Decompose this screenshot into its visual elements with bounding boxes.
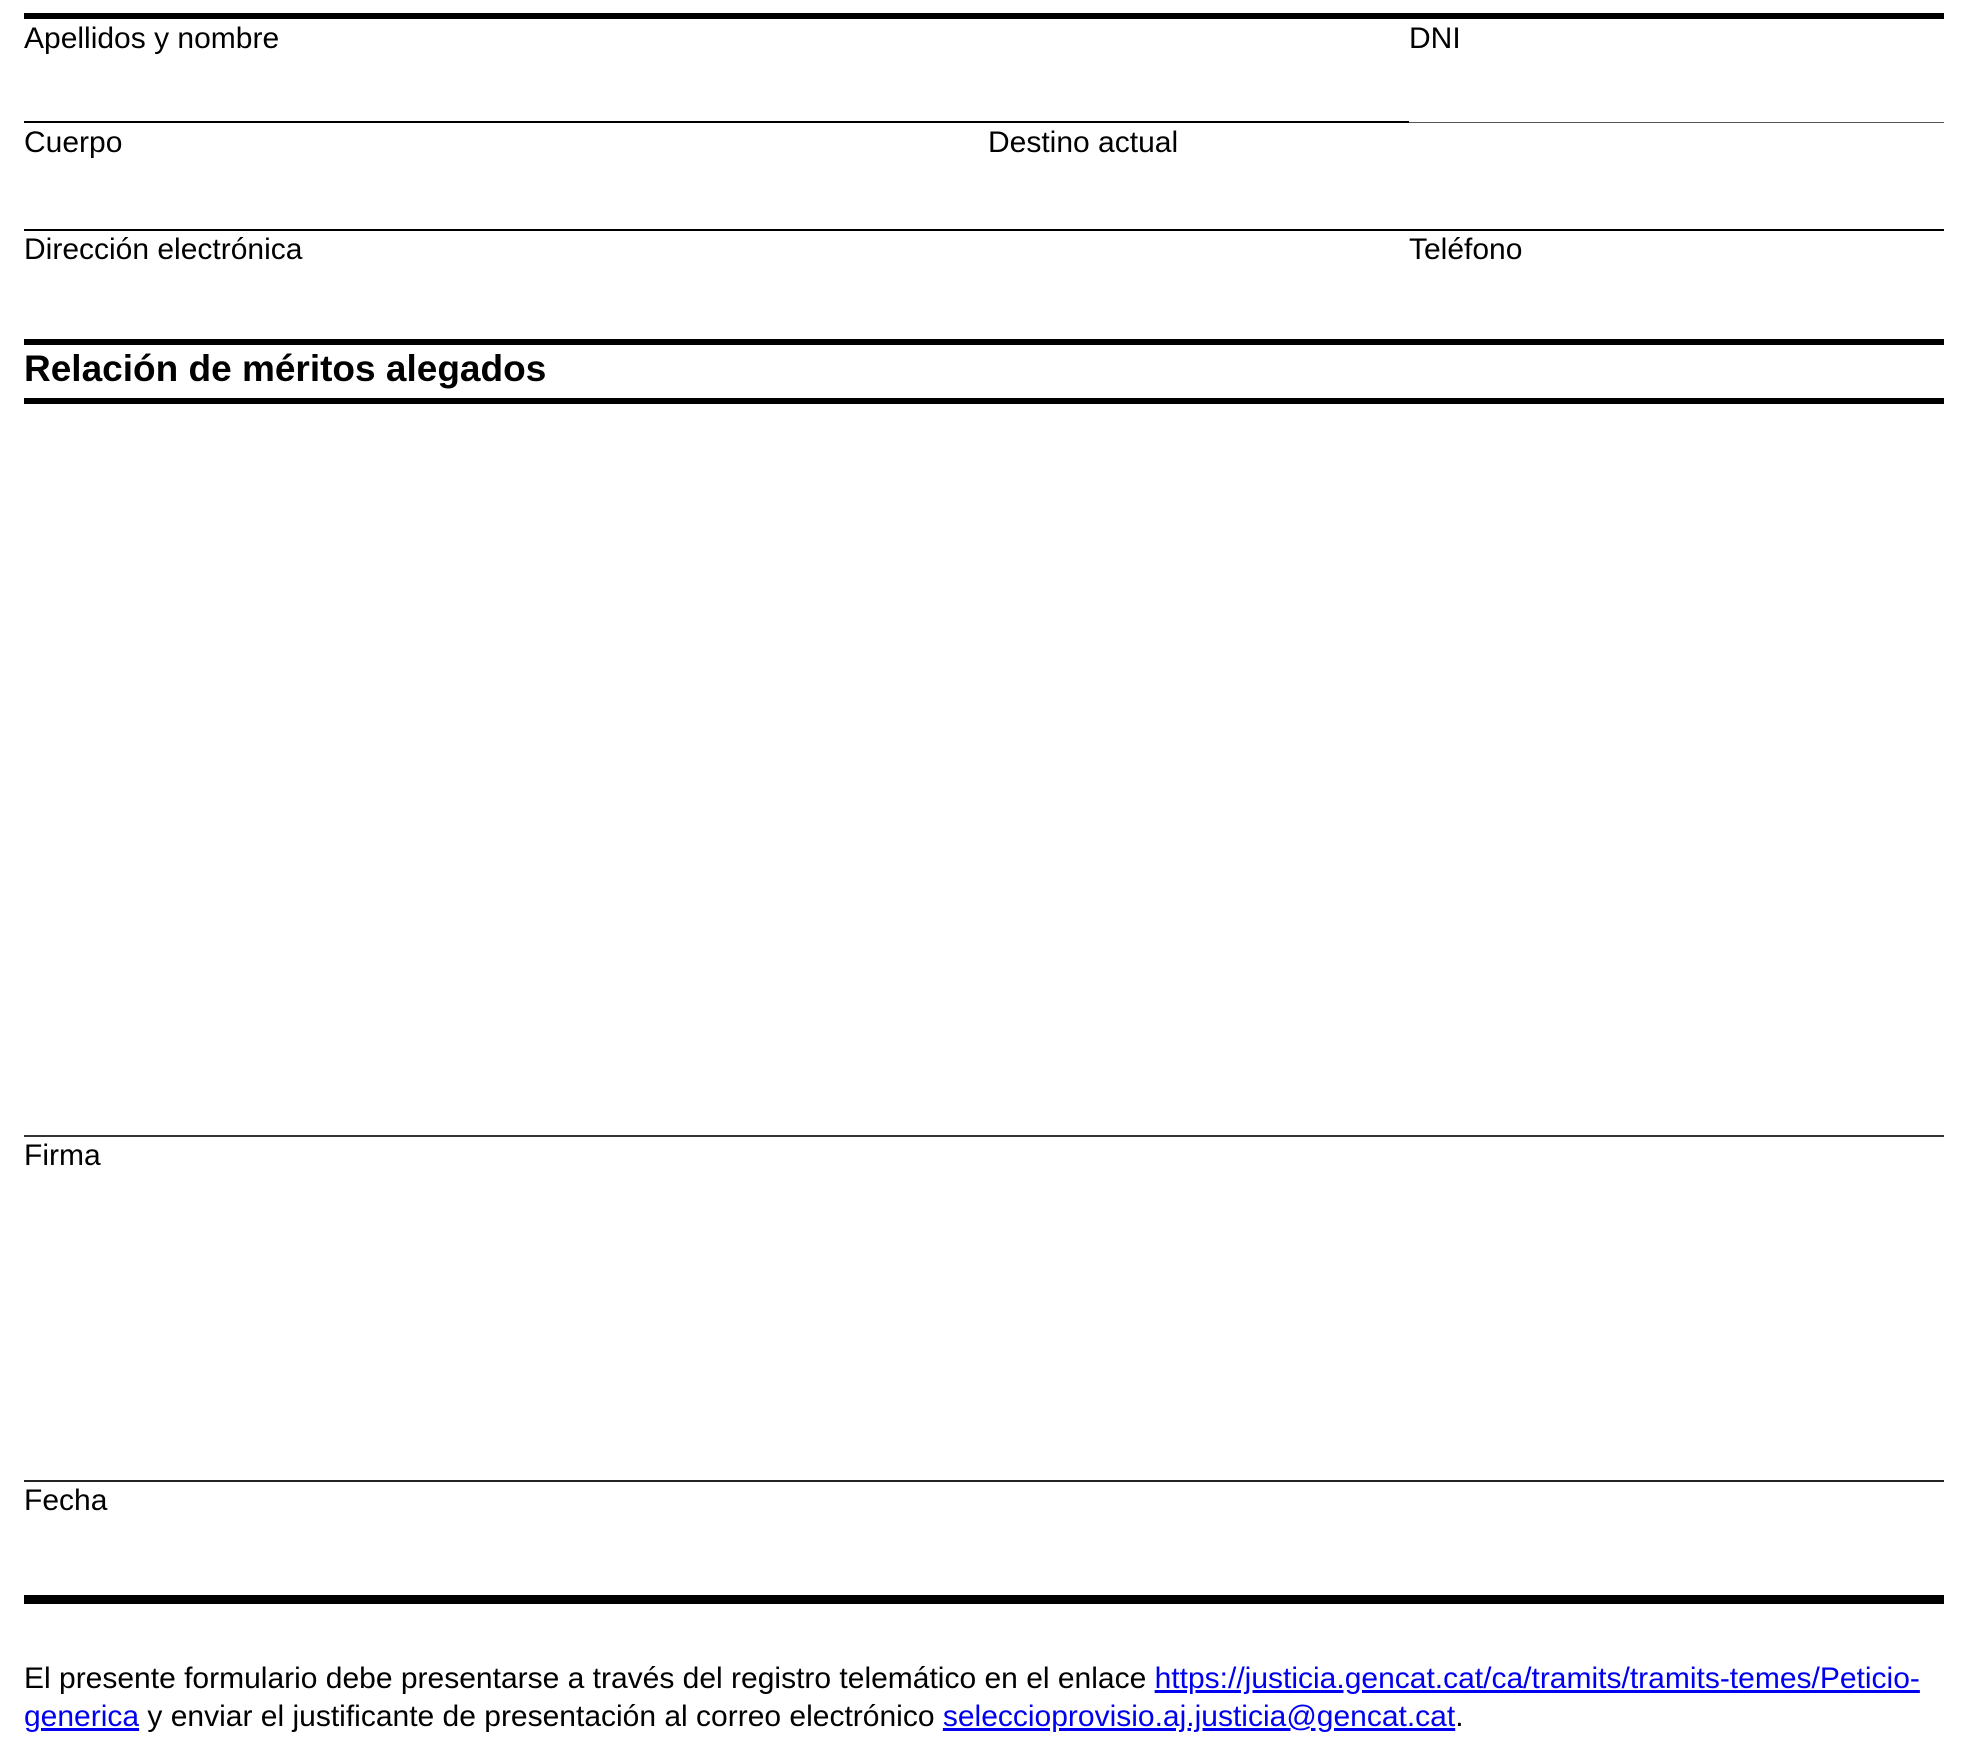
cuerpo-label: Cuerpo xyxy=(24,126,122,160)
footer-text-intro: El presente formulario debe presentarse … xyxy=(24,1662,1155,1695)
top-divider xyxy=(24,13,1944,19)
section-heading-merits: Relación de méritos alegados xyxy=(24,348,546,390)
signature-label: Firma xyxy=(24,1139,101,1173)
signature-divider xyxy=(24,1135,1944,1137)
footer-text-end: . xyxy=(1455,1700,1463,1733)
telefono-label: Teléfono xyxy=(1409,233,1522,267)
section-bottom-divider xyxy=(24,398,1944,404)
date-field[interactable] xyxy=(24,1520,1944,1590)
full-name-field[interactable] xyxy=(24,58,1404,120)
merits-content-area[interactable] xyxy=(24,406,1944,1134)
date-divider xyxy=(24,1480,1944,1482)
bottom-divider xyxy=(24,1595,1944,1604)
destino-actual-field[interactable] xyxy=(988,162,1944,226)
full-name-label: Apellidos y nombre xyxy=(24,22,279,56)
email-field[interactable] xyxy=(24,269,1404,335)
destino-actual-label: Destino actual xyxy=(988,126,1178,160)
email-link[interactable]: seleccioprovisio.aj.justicia@gencat.cat xyxy=(943,1700,1455,1733)
telefono-field[interactable] xyxy=(1409,269,1944,335)
footer-text-middle: y enviar el justificante de presentación… xyxy=(139,1700,943,1733)
dni-label: DNI xyxy=(1409,22,1461,56)
email-label: Dirección electrónica xyxy=(24,233,302,267)
row1-divider-left xyxy=(24,121,1409,123)
signature-field[interactable] xyxy=(24,1175,1944,1475)
section-top-divider xyxy=(24,339,1944,345)
footer-note: El presente formulario debe presentarse … xyxy=(24,1660,1944,1736)
row2-divider xyxy=(24,229,1944,231)
row1-divider-right xyxy=(1409,122,1944,123)
date-label: Fecha xyxy=(24,1484,107,1518)
merits-form: Apellidos y nombre DNI Cuerpo Destino ac… xyxy=(24,0,1944,1758)
cuerpo-field[interactable] xyxy=(24,162,984,226)
dni-field[interactable] xyxy=(1409,58,1944,120)
